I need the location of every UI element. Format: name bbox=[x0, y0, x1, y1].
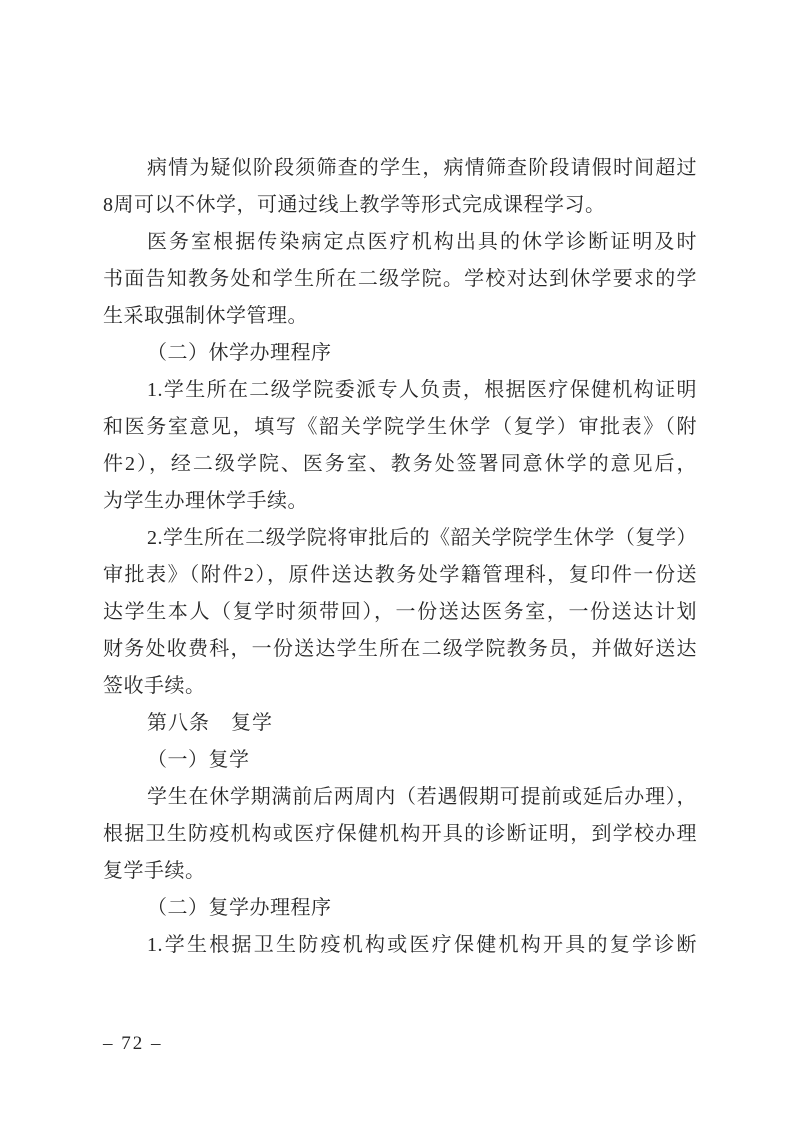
text-line: 财务处收费科，一份送达学生所在二级学院教务员，并做好送达 bbox=[103, 631, 697, 668]
text-line: 1.学生根据卫生防疫机构或医疗保健机构开具的复学诊断 bbox=[103, 927, 697, 964]
paragraph: 1.学生所在二级学院委派专人负责，根据医疗保健机构证明和医务室意见，填写《韶关学… bbox=[103, 372, 697, 520]
text-line: 达学生本人（复学时须带回），一份送达医务室，一份送达计划 bbox=[103, 594, 697, 631]
paragraph: 病情为疑似阶段须筛查的学生，病情筛查阶段请假时间超过8周可以不休学，可通过线上教… bbox=[103, 150, 697, 224]
text-line: 2.学生所在二级学院将审批后的《韶关学院学生休学（复学） bbox=[103, 520, 697, 557]
text-line: 书面告知教务处和学生所在二级学院。学校对达到休学要求的学 bbox=[103, 261, 697, 298]
text-line: 医务室根据传染病定点医疗机构出具的休学诊断证明及时 bbox=[103, 224, 697, 261]
text-line: 为学生办理休学手续。 bbox=[103, 483, 697, 520]
document-page: 病情为疑似阶段须筛查的学生，病情筛查阶段请假时间超过8周可以不休学，可通过线上教… bbox=[0, 0, 793, 1122]
article-heading: 第八条 复学 bbox=[103, 705, 697, 742]
text-line: 根据卫生防疫机构或医疗保健机构开具的诊断证明，到学校办理 bbox=[103, 816, 697, 853]
paragraph: 学生在休学期满前后两周内（若遇假期可提前或延后办理），根据卫生防疫机构或医疗保健… bbox=[103, 779, 697, 890]
page-number: – 72 – bbox=[103, 1033, 163, 1054]
document-body: 病情为疑似阶段须筛查的学生，病情筛查阶段请假时间超过8周可以不休学，可通过线上教… bbox=[103, 150, 697, 964]
text-line: 第八条 复学 bbox=[103, 705, 697, 742]
text-line: 1.学生所在二级学院委派专人负责，根据医疗保健机构证明 bbox=[103, 372, 697, 409]
text-line: 审批表》（附件2），原件送达教务处学籍管理科，复印件一份送 bbox=[103, 557, 697, 594]
paragraph: 2.学生所在二级学院将审批后的《韶关学院学生休学（复学）审批表》（附件2），原件… bbox=[103, 520, 697, 705]
text-line: 学生在休学期满前后两周内（若遇假期可提前或延后办理）， bbox=[103, 779, 697, 816]
text-line: （二）休学办理程序 bbox=[103, 335, 697, 372]
text-line: （一）复学 bbox=[103, 742, 697, 779]
text-line: 8周可以不休学，可通过线上教学等形式完成课程学习。 bbox=[103, 187, 697, 224]
text-line: 件2），经二级学院、医务室、教务处签署同意休学的意见后， bbox=[103, 446, 697, 483]
paragraph: 1.学生根据卫生防疫机构或医疗保健机构开具的复学诊断 bbox=[103, 927, 697, 964]
text-line: 生采取强制休学管理。 bbox=[103, 298, 697, 335]
section-subheading: （一）复学 bbox=[103, 742, 697, 779]
paragraph: 医务室根据传染病定点医疗机构出具的休学诊断证明及时书面告知教务处和学生所在二级学… bbox=[103, 224, 697, 335]
text-line: 复学手续。 bbox=[103, 853, 697, 890]
text-line: 签收手续。 bbox=[103, 668, 697, 705]
section-subheading: （二）复学办理程序 bbox=[103, 890, 697, 927]
text-line: （二）复学办理程序 bbox=[103, 890, 697, 927]
text-line: 和医务室意见，填写《韶关学院学生休学（复学）审批表》（附 bbox=[103, 409, 697, 446]
text-line: 病情为疑似阶段须筛查的学生，病情筛查阶段请假时间超过 bbox=[103, 150, 697, 187]
section-subheading: （二）休学办理程序 bbox=[103, 335, 697, 372]
page-footer: – 72 – bbox=[103, 1032, 163, 1056]
